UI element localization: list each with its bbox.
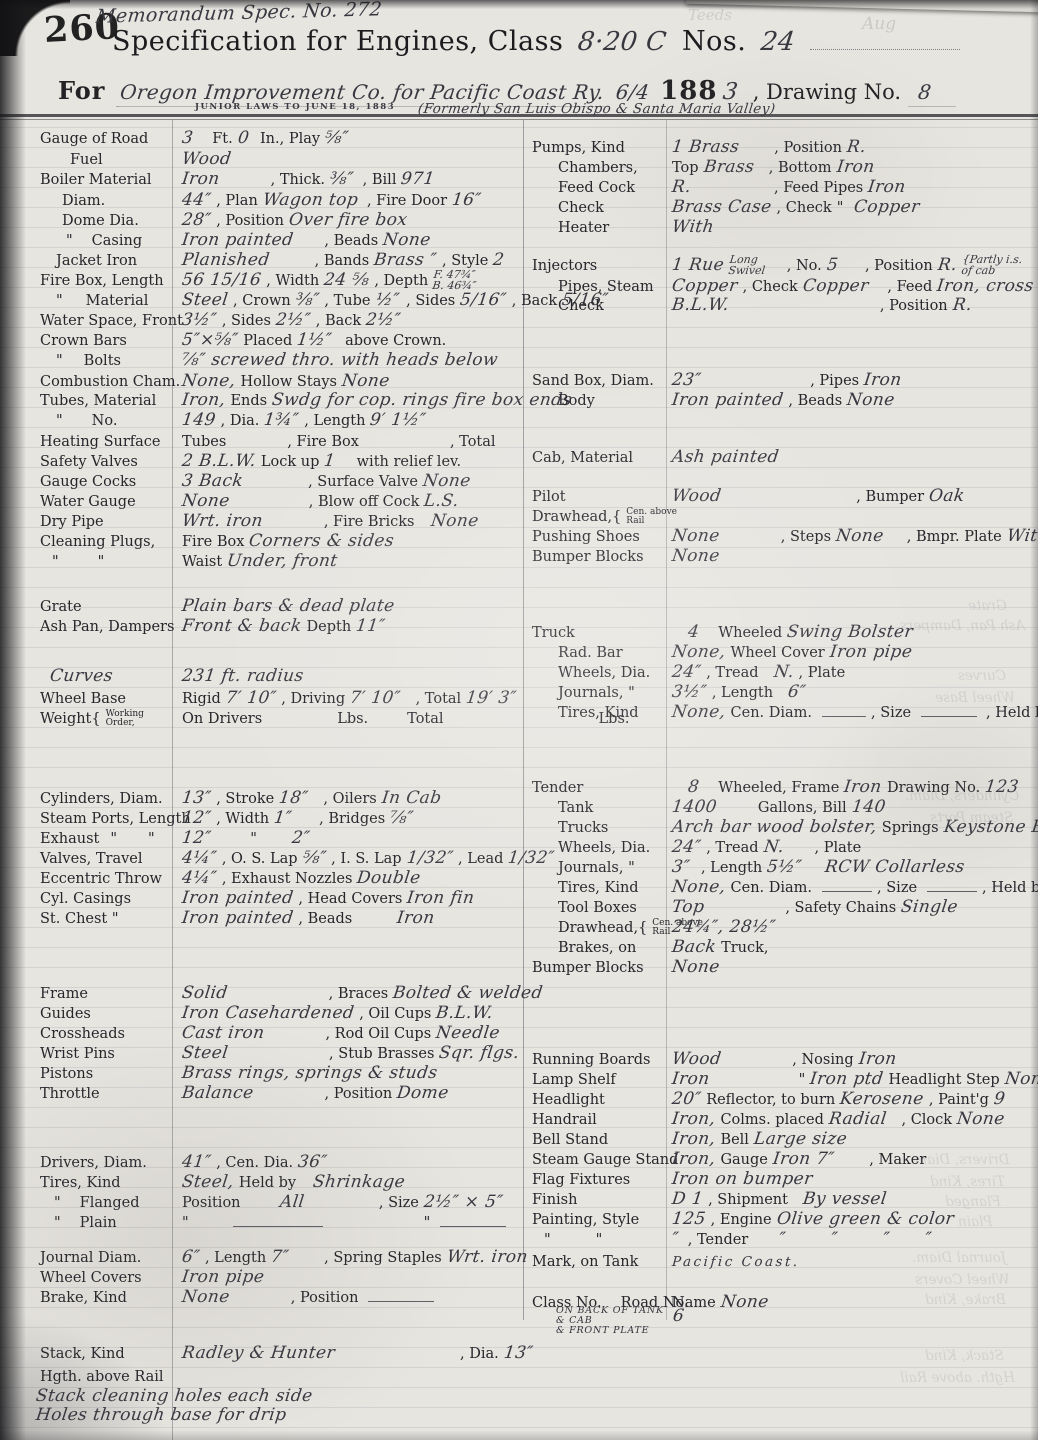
handwritten-text: 971	[400, 169, 436, 189]
handwritten-text: 1½″	[296, 330, 333, 350]
printed-text: Eccentric Throw	[40, 871, 162, 887]
handwritten-text: Iron,	[671, 1149, 717, 1169]
field-label: Brake, Kind	[40, 1287, 132, 1306]
field-label: Dome Dia.	[40, 210, 144, 229]
printed-text: , Dia.	[460, 1346, 499, 1362]
field-value: 41″, Cen. Dia.36″	[182, 1152, 332, 1172]
handwritten-text: Dome	[396, 1083, 450, 1103]
field-label: "Flanged	[40, 1192, 145, 1211]
printed-text: "	[52, 554, 59, 570]
field-value: 1 RueLongSwivel, No.5, PositionR.{Partly…	[672, 255, 1026, 276]
field-value: ″, Tender″″″″	[672, 1229, 936, 1249]
printed-text: Reflector, to burn	[706, 1092, 835, 1108]
handwritten-text: ″	[830, 1229, 839, 1249]
blank-line	[233, 1215, 323, 1227]
printed-text: Rad. Bar	[558, 645, 623, 661]
handwritten-text: With	[1005, 526, 1038, 546]
printed-text: , Bumper	[856, 489, 924, 505]
handwritten-text: 3½″	[671, 682, 708, 702]
field-label: Truck	[532, 622, 580, 641]
field-value: 149, Dia.1¾″, Length9′ 1½″	[182, 410, 432, 430]
handwritten-text: Wrt. iron	[446, 1247, 529, 1267]
handwritten-text: N.	[772, 662, 794, 682]
field-value: Iron, Thick.⅜″, Bill971	[182, 169, 440, 189]
handwritten-text: 0	[236, 128, 250, 148]
printed-text: , Style	[442, 253, 488, 269]
ghost-label: Curves	[958, 668, 1006, 684]
handwritten-text: Iron painted	[671, 390, 785, 410]
handwritten-text: Corners & sides	[248, 531, 395, 551]
form-row: Rad. BarNone,Wheel CoverIron pipe	[528, 642, 1038, 664]
handwritten-text: 20″	[671, 1089, 703, 1109]
printed-text: Water Space, Front	[40, 313, 183, 329]
handwritten-text: Cast iron	[181, 1023, 266, 1043]
printed-text: Cab, Material	[532, 450, 633, 466]
printed-text: Dome Dia.	[62, 213, 139, 229]
printed-text: Trucks	[558, 820, 608, 836]
field-value: Iron,Colms. placedRadial, ClockNone	[672, 1109, 1010, 1129]
printed-text: Wheel Cover	[731, 645, 825, 661]
blank-line	[368, 1290, 434, 1302]
printed-text: , Braces	[329, 986, 389, 1002]
handwritten-text: 41″	[181, 1152, 213, 1172]
handwritten-text: With	[671, 217, 715, 237]
field-label: ""	[532, 1229, 607, 1248]
printed-text: Headlight	[532, 1092, 605, 1108]
field-value: 24″, TreadN., Plate	[672, 837, 866, 857]
printed-text: Heating Surface	[40, 434, 160, 450]
field-label: Guides	[40, 1003, 96, 1022]
printed-text: Safety Valves	[40, 454, 138, 470]
printed-text: Gauge Cocks	[40, 474, 136, 490]
field-label: Finish	[532, 1189, 582, 1208]
handwritten-text: Under, front	[226, 551, 339, 571]
field-value: None, StepsNone, Bmpr. PlateWith	[672, 526, 1038, 546]
handwritten-text: Iron pipe	[828, 642, 913, 662]
field-label: Diam.	[40, 190, 110, 209]
field-label: Bumper Blocks	[532, 546, 649, 565]
field-value: Pacific Coast.	[672, 1251, 805, 1270]
handwritten-text: Stack cleaning holes each side	[35, 1386, 314, 1406]
handwritten-text: 13″	[181, 788, 213, 808]
handwritten-text: Iron,	[671, 1109, 717, 1129]
form-row: PilotWood, BumperOak	[528, 486, 1038, 508]
handwritten-text: Swing Bolster	[786, 622, 914, 642]
stacked-text: WorkingOrder,	[106, 710, 144, 728]
printed-text: , Total	[450, 434, 496, 450]
blank-line	[822, 705, 866, 717]
printed-text: , Plan	[216, 193, 258, 209]
printed-text: , Check	[777, 200, 832, 216]
handwritten-text: 24″	[671, 662, 703, 682]
printed-text: , I. S. Lap	[331, 851, 401, 867]
handwritten-text: Steel,	[181, 1172, 235, 1192]
handwritten-text: In Cab	[381, 788, 443, 808]
handwritten-text: None,	[671, 642, 727, 662]
handwritten-text: 18″	[278, 788, 310, 808]
handwritten-text: Needle	[435, 1023, 501, 1043]
printed-text: Grate	[40, 599, 82, 615]
handwritten-text: Iron on bumper	[671, 1169, 814, 1189]
printed-text: Sand Box, Diam.	[532, 373, 654, 389]
printed-text: , Length	[205, 1250, 266, 1266]
field-value: Solid, BracesBolted & welded	[182, 983, 548, 1003]
field-value: Iron painted, BeadsNone	[182, 230, 436, 250]
printed-text: Gauge	[720, 1152, 767, 1168]
handwritten-text: Planished	[181, 250, 271, 270]
printed-text: "	[98, 554, 105, 570]
field-value: None, Position	[182, 1287, 439, 1307]
printed-text: Pilot	[532, 489, 566, 505]
printed-text: Truck,	[721, 940, 768, 956]
printed-text: Heater	[558, 220, 609, 236]
field-label: Headlight	[532, 1089, 610, 1108]
handwritten-text: Iron fin	[406, 888, 476, 908]
field-label: Bumper Blocks	[532, 957, 649, 976]
field-value: 13″, Stroke18″, OilersIn Cab	[182, 788, 446, 808]
field-label: Crossheads	[40, 1023, 130, 1042]
form-row: Cab, MaterialAsh painted	[528, 447, 1038, 469]
field-value: Iron on bumper	[672, 1169, 818, 1189]
printed-text: Ash Pan, Dampers	[40, 619, 174, 635]
field-label: Gauge of Road	[40, 128, 153, 147]
field-value: R., Feed PipesIron	[672, 177, 911, 197]
blank-line	[822, 880, 872, 892]
field-label: Curves	[40, 666, 118, 686]
printed-text: , Back	[316, 313, 361, 329]
printed-text: "	[250, 831, 257, 847]
field-value: Brass rings, springs & studs	[182, 1063, 443, 1083]
printed-text: Rigid	[182, 691, 221, 707]
printed-text: Steam Gauge Stand	[532, 1152, 678, 1168]
printed-text: Journal Diam.	[40, 1250, 141, 1266]
printed-text: Weight{	[40, 711, 101, 727]
field-label: Drivers, Diam.	[40, 1152, 152, 1171]
handwritten-text: Iron painted	[181, 230, 295, 250]
printed-text: Truck	[532, 625, 575, 641]
handwritten-text: Brass ″	[373, 250, 438, 270]
printed-text: , Length	[712, 685, 773, 701]
field-label: Drawhead,{Cen. aboveRail	[532, 506, 682, 526]
printed-text: , Head Covers	[298, 891, 402, 907]
field-label: Wheels, Dia.	[532, 662, 655, 681]
handwritten-text: 1 Rue	[671, 255, 725, 275]
printed-text: , Beads	[298, 911, 352, 927]
printed-text: , Bill	[363, 172, 397, 188]
handwritten-text: Single	[900, 897, 959, 917]
handwritten-text: 2″	[291, 828, 311, 848]
handwritten-text: ″	[671, 1229, 680, 1249]
printed-text: Wrist Pins	[40, 1046, 115, 1062]
handwritten-text: None	[671, 546, 721, 566]
printed-text: Valves, Travel	[40, 851, 143, 867]
printed-text: Running Boards	[532, 1052, 651, 1068]
field-value: Fire BoxCorners & sides	[182, 531, 399, 551]
printed-text: Body	[558, 393, 595, 409]
form-row: Journals, "3″, Length5½″RCW Collarless	[528, 857, 1038, 879]
field-value: Balance, PositionDome	[182, 1083, 454, 1103]
printed-text: , Dia.	[221, 413, 260, 429]
handwritten-text: Steel	[181, 1043, 230, 1063]
field-label: Combustion Cham.	[40, 371, 185, 390]
printed-text: Wheeled, Frame	[718, 780, 839, 796]
field-label: Safety Valves	[40, 451, 143, 470]
printed-text: Pipes, Steam	[558, 279, 654, 295]
field-label: Feed Cock	[532, 177, 640, 196]
field-label: Sand Box, Diam.	[532, 370, 659, 389]
form-row: Running BoardsWood, NosingIron	[528, 1049, 1038, 1071]
printed-text: Cyl. Casings	[40, 891, 131, 907]
printed-text: In., Play	[260, 131, 320, 147]
printed-text: Journals, "	[558, 685, 635, 701]
field-value: Iron painted, BeadsNone	[672, 390, 900, 410]
printed-text: , Size	[871, 705, 911, 721]
form-row: Feed CockR., Feed PipesIron	[528, 177, 1038, 199]
printed-text: Dry Pipe	[40, 514, 104, 530]
field-value: TopBrass, BottomIron	[672, 157, 879, 177]
printed-text: , Bridges	[319, 811, 385, 827]
printed-text: above Crown.	[345, 333, 446, 349]
printed-text: Tool Boxes	[558, 900, 637, 916]
printed-text: Bumper Blocks	[532, 960, 644, 976]
handwritten-text: All	[278, 1192, 305, 1212]
handwritten-text: None	[181, 1287, 231, 1307]
handwritten-text: 6	[672, 1306, 686, 1326]
handwritten-text: 3½″	[181, 310, 218, 330]
printed-text: , Fire Bricks	[324, 514, 415, 530]
printed-text: , No.	[787, 258, 822, 274]
field-value: Plain bars & dead plate	[182, 596, 400, 616]
handwritten-text: 5½″	[766, 857, 803, 877]
field-value: Rigid7′ 10″, Driving7′ 10″, Total19′ 3″	[182, 688, 522, 708]
handwritten-text: Iron,	[181, 390, 227, 410]
printed-text: , Tube	[324, 293, 370, 309]
handwritten-text: None,	[671, 702, 727, 722]
handwritten-text: 125	[671, 1209, 707, 1229]
field-label: Stack, Kind	[40, 1343, 130, 1362]
ghost-label: Tires, Kind	[930, 1174, 1005, 1190]
printed-text: , Plate	[815, 840, 862, 856]
handwritten-text: None,	[671, 877, 727, 897]
handwritten-text: ⅝″	[301, 848, 327, 868]
handwritten-text: 3″	[671, 857, 691, 877]
printed-text: Headlight Step	[889, 1072, 1000, 1088]
printed-text: , Sides	[406, 293, 455, 309]
printed-text: Handrail	[532, 1112, 597, 1128]
printed-text: Frame	[40, 986, 88, 1002]
printed-text: Lbs.	[337, 711, 368, 727]
printed-text: Tires, Kind	[558, 705, 639, 721]
printed-text: Brake, Kind	[40, 1290, 127, 1306]
printed-text: , Blow off Cock	[309, 494, 420, 510]
printed-text: Tender	[532, 780, 583, 796]
ghost-label: Wheel Covers	[915, 1272, 1010, 1288]
field-value: Holes through base for drip	[36, 1405, 291, 1425]
printed-text: Held by	[239, 1175, 296, 1191]
field-value: Wrt. iron, Fire BricksNone	[182, 511, 484, 531]
handwritten-text: Balance	[181, 1083, 255, 1103]
printed-text: , Oilers	[323, 791, 376, 807]
field-label: Wheel Base	[40, 688, 131, 707]
printed-text: Wheel Covers	[40, 1270, 142, 1286]
printed-text: Cen. Diam.	[731, 705, 813, 721]
form-row: Brakes, onBackTruck,	[528, 937, 1038, 959]
blank-line	[927, 880, 977, 892]
printed-text: Hollow Stays	[241, 374, 337, 390]
field-label: Frame	[40, 983, 93, 1002]
printed-text: , Width	[216, 811, 269, 827]
printed-text: Fuel	[70, 152, 103, 168]
printed-text: Drawhead,{	[532, 509, 621, 525]
ghost-label: Grate	[968, 598, 1007, 614]
field-label: Trucks	[532, 817, 613, 836]
field-value: 4WheeledSwing Bolster	[672, 622, 918, 642]
handwritten-text: Wood	[671, 1049, 723, 1069]
handwritten-text: 1 Brass	[671, 137, 741, 157]
printed-text: , Oil Cups	[359, 1006, 431, 1022]
field-label: Tender	[532, 777, 588, 796]
handwritten-text: R.	[936, 255, 957, 275]
printed-text: , Driving	[281, 691, 345, 707]
printed-text: Drawhead,{	[558, 920, 647, 936]
field-label: Hgth. above Rail	[40, 1366, 169, 1385]
printed-text: , O. S. Lap	[222, 851, 298, 867]
handwritten-text: ⅝″	[324, 128, 350, 148]
handwritten-text: 2	[492, 250, 506, 270]
printed-text: , Position	[880, 298, 948, 314]
field-label: Injectors	[532, 255, 602, 274]
field-label: ""	[40, 551, 109, 570]
field-value: Iron,BellLarge size	[672, 1129, 852, 1149]
printed-text: , Thick.	[271, 172, 325, 188]
handwritten-text: ⅞″	[389, 808, 415, 828]
printed-text: , Bands	[315, 253, 370, 269]
field-label: Rad. Bar	[532, 642, 628, 661]
field-label: Cylinders, Diam.	[40, 788, 168, 807]
printed-text: Casing	[92, 233, 142, 249]
printed-text: , Position	[325, 1086, 393, 1102]
handwritten-text: ″	[882, 1229, 891, 1249]
field-label: Wheel Covers	[40, 1267, 147, 1286]
field-label: Dry Pipe	[40, 511, 109, 530]
stacked-text: F. 47¾″B. 46¾″	[432, 270, 478, 291]
field-value: Planished, BandsBrass ″, Style2	[182, 250, 510, 270]
field-label: Check	[532, 295, 609, 314]
field-label: Valves, Travel	[40, 848, 148, 867]
printed-text: "	[799, 1072, 806, 1088]
handwritten-text: None	[341, 371, 391, 391]
handwritten-text: 1″	[273, 808, 293, 828]
printed-text: , Safety Chains	[785, 900, 896, 916]
field-value: Wood, BumperOak	[672, 486, 970, 506]
handwritten-text: Iron	[181, 169, 221, 189]
handwritten-text: ⅜″	[295, 290, 321, 310]
stacked-text: LongSwivel	[728, 255, 767, 276]
field-label: Body	[532, 390, 600, 409]
handwritten-text: B.L.W.	[671, 295, 730, 315]
handwritten-text: 19′ 3″	[465, 688, 518, 708]
printed-text: , Engine	[711, 1212, 772, 1228]
scanned-spec-page: 260 Memorandum Spec. No. 272 Specificati…	[0, 0, 1038, 1440]
printed-text: Fire Box	[182, 534, 244, 550]
printed-text: Water Gauge	[40, 494, 136, 510]
handwritten-text: 5	[826, 255, 840, 275]
field-value: None	[672, 546, 725, 566]
printed-text: Depth	[307, 619, 352, 635]
printed-text: Wheel Base	[40, 691, 126, 707]
handwritten-text: 11″	[355, 616, 387, 636]
printed-text: Wheels, Dia.	[558, 840, 650, 856]
printed-text: Cleaning Plugs,	[40, 534, 155, 550]
field-value: D 1, ShipmentBy vessel	[672, 1189, 892, 1209]
field-label: Jacket Iron	[40, 250, 142, 269]
printed-text: , Length	[304, 413, 365, 429]
handwritten-text: Iron	[857, 1049, 897, 1069]
handwritten-text: 1¾″	[263, 410, 300, 430]
field-value: 20″Reflector, to burnKerosene, Paint'g9	[672, 1089, 1010, 1109]
ghost-label: Hgth. above Rail	[900, 1370, 1015, 1386]
printed-text: "	[54, 1215, 61, 1231]
form-row: Tires, KindNone,Cen. Diam., Size, Held b…	[528, 877, 1038, 899]
handwritten-text: Copper	[802, 276, 870, 296]
handwritten-text: Ash painted	[671, 447, 780, 467]
form-row: HandrailIron,Colms. placedRadial, ClockN…	[528, 1109, 1038, 1131]
printed-text: , Feed	[887, 279, 932, 295]
printed-text: Placed	[243, 333, 292, 349]
field-value: PositionAll, Size2½″ × 5″	[182, 1192, 508, 1212]
field-label: Bell Stand	[532, 1129, 613, 1148]
printed-text: "	[54, 1195, 61, 1211]
field-label: Wheels, Dia.	[532, 837, 655, 856]
printed-text: Bell	[720, 1132, 749, 1148]
field-label: Fire Box, Length	[40, 270, 169, 289]
ghost-label: Cylinders, Diam.	[905, 788, 1019, 804]
handwritten-text: Pacific Coast.	[671, 1254, 800, 1270]
printed-text: , Position	[291, 1290, 359, 1306]
printed-text: Guides	[40, 1006, 91, 1022]
printed-text: Feed Cock	[558, 180, 635, 196]
handwritten-text: 4¼″	[181, 868, 218, 888]
handwritten-text: Copper	[853, 197, 921, 217]
handwritten-text: 44″	[181, 190, 213, 210]
field-value: 3½″, Length6″	[672, 682, 811, 702]
field-value: 231 ft. radius	[182, 666, 309, 686]
printed-text: Check	[558, 200, 604, 216]
field-value: Iron"Iron ptdHeadlight StepNone	[672, 1069, 1038, 1089]
printed-text: Gallons, Bill	[758, 800, 847, 816]
printed-text: No.	[92, 413, 118, 429]
printed-text: Lock up	[261, 454, 320, 470]
printed-text: Tubes	[182, 434, 226, 450]
printed-text: Top	[672, 160, 699, 176]
printed-text: "	[596, 1232, 603, 1248]
handwritten-text: ⅜″	[329, 169, 355, 189]
handwritten-text: 12″	[181, 828, 213, 848]
ghost-label: Flanged	[945, 1194, 1001, 1210]
field-value: 24″, TreadN., Plate	[672, 662, 850, 682]
handwritten-text: Radial	[828, 1109, 888, 1129]
handwritten-text: 36″	[297, 1152, 329, 1172]
printed-text: Bolts	[84, 353, 121, 369]
handwritten-text: ½″	[374, 290, 400, 310]
printed-text: Crown Bars	[40, 333, 127, 349]
handwritten-text: Brass	[702, 157, 755, 177]
field-value: 12″"2″	[182, 828, 315, 848]
handwritten-text: Olive green & color	[775, 1209, 955, 1229]
printed-text: Crossheads	[40, 1026, 125, 1042]
form-row: Bumper BlocksNone	[528, 957, 1038, 979]
stacked-text: Cen. aboveRail	[626, 508, 677, 526]
